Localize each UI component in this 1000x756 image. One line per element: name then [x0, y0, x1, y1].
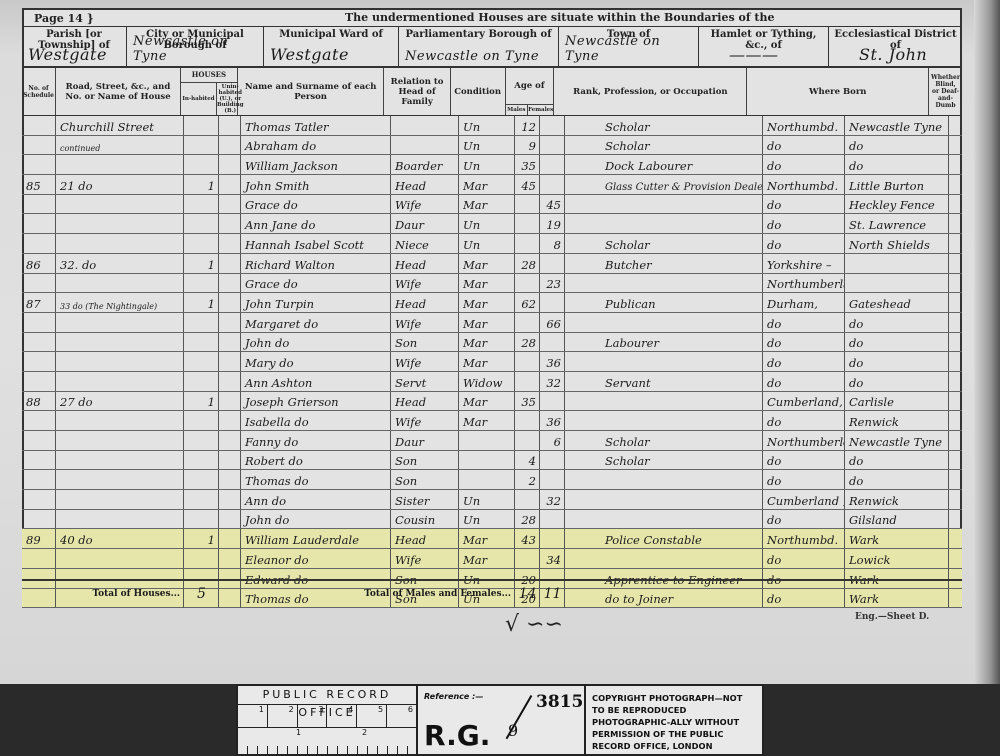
- blind-deaf: [949, 274, 962, 293]
- table-row: Fanny doDaur6ScholarNorthumberld.Newcast…: [22, 431, 962, 451]
- form-title: The undermentioned Houses are situate wi…: [345, 11, 774, 24]
- road-address: 33 do (The Nightingale): [56, 293, 184, 312]
- age-female: 45: [540, 195, 565, 214]
- age-male: 43: [515, 529, 540, 548]
- inhabited-count: [184, 313, 219, 332]
- born-place: do: [845, 470, 949, 489]
- occupation: Scholar: [565, 431, 763, 450]
- occupation: [565, 470, 763, 489]
- relation: Head: [391, 529, 459, 548]
- age-female: 66: [540, 313, 565, 332]
- schedule-number: 89: [22, 529, 56, 548]
- person-name: Isabella do: [241, 411, 391, 430]
- born-county: Durham,: [763, 293, 845, 312]
- person-name: Thomas Tatler: [241, 116, 391, 135]
- schedule-number: [22, 510, 56, 529]
- condition: Un: [459, 510, 515, 529]
- born-place: [845, 274, 949, 293]
- relation: Servt: [391, 372, 459, 391]
- occupation: [565, 313, 763, 332]
- occupation: Police Constable: [565, 529, 763, 548]
- table-row: Ann Jane doDaurUn19doSt. Lawrence: [22, 214, 962, 234]
- road-address: [56, 195, 184, 214]
- inhabited-count: [184, 214, 219, 233]
- blind-deaf: [949, 293, 962, 312]
- relation: [391, 116, 459, 135]
- road-address: [56, 372, 184, 391]
- person-name: Thomas do: [241, 470, 391, 489]
- table-row: Eleanor doWifeMar34doLowick: [22, 549, 962, 569]
- age-female: 19: [540, 214, 565, 233]
- total-persons-label: Total of Males and Females...: [241, 581, 515, 608]
- uninhabited-count: [219, 549, 241, 568]
- person-name: John Turpin: [241, 293, 391, 312]
- relation: Wife: [391, 352, 459, 371]
- hamlet-field: Hamlet or Tything, &c., of ———: [699, 27, 829, 66]
- age-male: 35: [515, 392, 540, 411]
- occupation: [565, 549, 763, 568]
- page-number: Page 14 }: [34, 12, 94, 25]
- born-county: Cumberland ,: [763, 490, 845, 509]
- born-county: Northumbd.: [763, 529, 845, 548]
- occupation: [565, 411, 763, 430]
- table-row: Grace doWifeMar23Northumberland: [22, 274, 962, 294]
- born-county: Cumberland,: [763, 392, 845, 411]
- born-place: do: [845, 451, 949, 470]
- born-place: Little Burton: [845, 175, 949, 194]
- occupation: Labourer: [565, 333, 763, 352]
- blind-deaf: [949, 431, 962, 450]
- occupation: Scholar: [565, 451, 763, 470]
- schedule-number: 88: [22, 392, 56, 411]
- condition: Mar: [459, 392, 515, 411]
- relation: Wife: [391, 411, 459, 430]
- table-row: 8632. do1Richard WaltonHeadMar28ButcherY…: [22, 254, 962, 274]
- person-name: John do: [241, 510, 391, 529]
- col-condition: Condition: [451, 68, 506, 115]
- inhabited-count: 1: [184, 254, 219, 273]
- road-address: [56, 490, 184, 509]
- person-name: John Smith: [241, 175, 391, 194]
- schedule-number: [22, 549, 56, 568]
- blind-deaf: [949, 411, 962, 430]
- road-address: [56, 313, 184, 332]
- born-place: Gilsland: [845, 510, 949, 529]
- occupation: Servant: [565, 372, 763, 391]
- col-relation: Relation to Head of Family: [384, 68, 450, 115]
- blind-deaf: [949, 451, 962, 470]
- age-female: [540, 155, 565, 174]
- inhabited-count: 1: [184, 293, 219, 312]
- uninhabited-count: [219, 116, 241, 135]
- column-headers: No. of Schedule Road, Street, &c., and N…: [22, 68, 962, 116]
- total-males: 14: [515, 581, 540, 608]
- born-place: Newcastle Tyne: [845, 431, 949, 450]
- table-row: Grace doWifeMar45doHeckley Fence: [22, 195, 962, 215]
- condition: [459, 470, 515, 489]
- age-male: 12: [515, 116, 540, 135]
- uninhabited-count: [219, 510, 241, 529]
- age-female: 34: [540, 549, 565, 568]
- condition: Mar: [459, 333, 515, 352]
- occupation: Butcher: [565, 254, 763, 273]
- uninhabited-count: [219, 490, 241, 509]
- age-male: [515, 274, 540, 293]
- age-male: 35: [515, 155, 540, 174]
- ruler-scale: 1 2: [238, 728, 416, 754]
- age-male: [515, 411, 540, 430]
- road-address: [56, 214, 184, 233]
- blind-deaf: [949, 529, 962, 548]
- reference-block: Reference :— R.G. 9 3815: [418, 686, 586, 754]
- road-address: 32. do: [56, 254, 184, 273]
- occupation: Scholar: [565, 116, 763, 135]
- born-county: Northumbd.: [763, 116, 845, 135]
- relation: Head: [391, 254, 459, 273]
- inhabited-count: 1: [184, 392, 219, 411]
- born-county: do: [763, 352, 845, 371]
- inhabited-count: [184, 333, 219, 352]
- road-address: [56, 333, 184, 352]
- table-row: William JacksonBoarderUn35Dock Labourerd…: [22, 155, 962, 175]
- road-address: 27 do: [56, 392, 184, 411]
- inhabited-count: [184, 510, 219, 529]
- table-row: 8521 do1John SmithHeadMar45Glass Cutter …: [22, 175, 962, 195]
- born-county: Northumberld.: [763, 431, 845, 450]
- blind-deaf: [949, 490, 962, 509]
- person-name: William Lauderdale: [241, 529, 391, 548]
- pro-title: PUBLIC RECORD OFFICE: [238, 686, 416, 705]
- table-row: Margaret doWifeMar66dodo: [22, 313, 962, 333]
- total-females: 11: [540, 581, 565, 608]
- inhabited-count: 1: [184, 175, 219, 194]
- person-name: William Jackson: [241, 155, 391, 174]
- blind-deaf: [949, 470, 962, 489]
- person-name: Ann do: [241, 490, 391, 509]
- person-name: Abraham do: [241, 136, 391, 155]
- inhabited-count: [184, 274, 219, 293]
- relation: Boarder: [391, 155, 459, 174]
- reference-class: R.G.: [424, 719, 490, 752]
- blind-deaf: [949, 214, 962, 233]
- age-male: 2: [515, 470, 540, 489]
- age-female: [540, 451, 565, 470]
- table-row: Ann AshtonServtWidow32Servantdodo: [22, 372, 962, 392]
- age-male: 28: [515, 254, 540, 273]
- copyright-notice: COPYRIGHT PHOTOGRAPH—NOT TO BE REPRODUCE…: [586, 686, 762, 754]
- occupation: [565, 274, 763, 293]
- col-schedule: No. of Schedule: [22, 68, 56, 115]
- condition: Mar: [459, 175, 515, 194]
- relation: Son: [391, 451, 459, 470]
- schedule-number: [22, 411, 56, 430]
- ruler-inches: 1 2 3 4 5 6: [238, 705, 416, 728]
- condition: Un: [459, 116, 515, 135]
- age-male: [515, 549, 540, 568]
- uninhabited-count: [219, 333, 241, 352]
- table-row: Ann doSisterUn32Cumberland ,Renwick: [22, 490, 962, 510]
- road-address: [56, 549, 184, 568]
- parliamentary-field: Parliamentary Borough of Newcastle on Ty…: [399, 27, 559, 66]
- age-female: 6: [540, 431, 565, 450]
- col-houses: HOUSES In-habited Unin-habited (U.), or …: [181, 68, 238, 115]
- condition: Mar: [459, 274, 515, 293]
- schedule-number: 86: [22, 254, 56, 273]
- relation: Cousin: [391, 510, 459, 529]
- born-place: do: [845, 333, 949, 352]
- condition: Mar: [459, 254, 515, 273]
- born-county: do: [763, 234, 845, 253]
- occupation: Scholar: [565, 234, 763, 253]
- blind-deaf: [949, 116, 962, 135]
- occupation: [565, 392, 763, 411]
- condition: [459, 431, 515, 450]
- relation: Wife: [391, 195, 459, 214]
- age-male: [515, 372, 540, 391]
- born-place: North Shields: [845, 234, 949, 253]
- inhabited-count: [184, 234, 219, 253]
- schedule-number: [22, 234, 56, 253]
- person-name: Richard Walton: [241, 254, 391, 273]
- condition: Mar: [459, 293, 515, 312]
- road-address: [56, 155, 184, 174]
- occupation: Glass Cutter & Provision Dealer: [565, 175, 763, 194]
- schedule-number: 87: [22, 293, 56, 312]
- age-male: 62: [515, 293, 540, 312]
- road-address: [56, 470, 184, 489]
- tally-marks: √ ∽∽: [505, 612, 563, 637]
- condition: Un: [459, 490, 515, 509]
- age-female: [540, 116, 565, 135]
- condition: [459, 451, 515, 470]
- schedule-number: [22, 352, 56, 371]
- blind-deaf: [949, 136, 962, 155]
- age-female: 8: [540, 234, 565, 253]
- table-row: 8827 do1Joseph GriersonHeadMar35Cumberla…: [22, 392, 962, 412]
- uninhabited-count: [219, 451, 241, 470]
- road-address: [56, 352, 184, 371]
- road-address: 40 do: [56, 529, 184, 548]
- condition: Mar: [459, 529, 515, 548]
- age-female: [540, 529, 565, 548]
- condition: Mar: [459, 352, 515, 371]
- uninhabited-count: [219, 155, 241, 174]
- born-place: Renwick: [845, 490, 949, 509]
- total-houses-label: Total of Houses...: [22, 581, 184, 608]
- age-female: [540, 136, 565, 155]
- age-male: 45: [515, 175, 540, 194]
- age-male: 9: [515, 136, 540, 155]
- relation: Son: [391, 470, 459, 489]
- age-female: [540, 293, 565, 312]
- born-county: do: [763, 451, 845, 470]
- page-edge-shadow: [974, 0, 1000, 684]
- table-row: Churchill StreetThomas TatlerUn12Scholar…: [22, 116, 962, 136]
- blind-deaf: [949, 333, 962, 352]
- schedule-number: [22, 155, 56, 174]
- table-row: John doSonMar28Labourerdodo: [22, 333, 962, 353]
- road-address: 21 do: [56, 175, 184, 194]
- table-row: Isabella doWifeMar36doRenwick: [22, 411, 962, 431]
- age-male: [515, 490, 540, 509]
- schedule-number: [22, 313, 56, 332]
- blind-deaf: [949, 352, 962, 371]
- inhabited-count: [184, 195, 219, 214]
- condition: Mar: [459, 411, 515, 430]
- person-name: Joseph Grierson: [241, 392, 391, 411]
- age-male: [515, 352, 540, 371]
- born-county: do: [763, 195, 845, 214]
- schedule-number: 85: [22, 175, 56, 194]
- table-row: Robert doSon4Scholardodo: [22, 451, 962, 471]
- relation: Head: [391, 175, 459, 194]
- town-field: Town of Newcastle on Tyne: [559, 27, 699, 66]
- road-address: continued: [56, 136, 184, 155]
- uninhabited-count: [219, 274, 241, 293]
- age-male: [515, 313, 540, 332]
- occupation: [565, 490, 763, 509]
- born-place: Lowick: [845, 549, 949, 568]
- borough-field: City or Municipal Borough of Newcastle o…: [127, 27, 264, 66]
- occupation: [565, 214, 763, 233]
- slash-divider: [506, 695, 532, 739]
- born-place: do: [845, 372, 949, 391]
- blind-deaf: [949, 372, 962, 391]
- condition: Widow: [459, 372, 515, 391]
- age-male: [515, 195, 540, 214]
- schedule-number: [22, 470, 56, 489]
- age-male: [515, 234, 540, 253]
- person-name: Fanny do: [241, 431, 391, 450]
- born-county: Northumbd.: [763, 175, 845, 194]
- ecclesiastical-field: Ecclesiastical District of St. John: [829, 27, 962, 66]
- uninhabited-count: [219, 529, 241, 548]
- census-sheet: Page 14 } The undermentioned Houses are …: [0, 0, 1000, 684]
- road-address: [56, 274, 184, 293]
- person-name: Hannah Isabel Scott: [241, 234, 391, 253]
- schedule-number: [22, 333, 56, 352]
- age-male: [515, 431, 540, 450]
- person-name: Ann Ashton: [241, 372, 391, 391]
- person-name: Grace do: [241, 195, 391, 214]
- age-female: [540, 392, 565, 411]
- born-county: do: [763, 510, 845, 529]
- occupation: Dock Labourer: [565, 155, 763, 174]
- born-place: Heckley Fence: [845, 195, 949, 214]
- relation: Head: [391, 293, 459, 312]
- uninhabited-count: [219, 352, 241, 371]
- condition: Un: [459, 214, 515, 233]
- uninhabited-count: [219, 293, 241, 312]
- relation: Wife: [391, 549, 459, 568]
- born-place: Gateshead: [845, 293, 949, 312]
- uninhabited-count: [219, 470, 241, 489]
- table-row: Hannah Isabel ScottNieceUn8ScholardoNort…: [22, 234, 962, 254]
- parish-field: Parish [or Township] of Westgate: [22, 27, 127, 66]
- occupation: Publican: [565, 293, 763, 312]
- schedule-number: [22, 372, 56, 391]
- schedule-number: [22, 136, 56, 155]
- born-county: Yorkshire –: [763, 254, 845, 273]
- uninhabited-count: [219, 195, 241, 214]
- table-row: John doCousinUn28doGilsland: [22, 510, 962, 530]
- condition: Mar: [459, 549, 515, 568]
- road-address: [56, 411, 184, 430]
- table-row: Thomas doSon2dodo: [22, 470, 962, 490]
- inhabited-count: [184, 155, 219, 174]
- blind-deaf: [949, 313, 962, 332]
- born-place: do: [845, 155, 949, 174]
- born-place: Carlisle: [845, 392, 949, 411]
- inhabited-count: [184, 549, 219, 568]
- blind-deaf: [949, 510, 962, 529]
- blind-deaf: [949, 195, 962, 214]
- person-name: John do: [241, 333, 391, 352]
- table-row: Mary doWifeMar36dodo: [22, 352, 962, 372]
- person-name: Margaret do: [241, 313, 391, 332]
- born-county: do: [763, 549, 845, 568]
- inhabited-count: [184, 116, 219, 135]
- person-name: Eleanor do: [241, 549, 391, 568]
- inhabited-count: [184, 431, 219, 450]
- born-county: do: [763, 214, 845, 233]
- col-occupation: Rank, Profession, or Occupation: [554, 68, 747, 115]
- age-female: 32: [540, 490, 565, 509]
- table-row: continuedAbraham doUn9Scholardodo: [22, 136, 962, 156]
- col-age: Age of Males Females: [506, 68, 555, 115]
- relation: Wife: [391, 274, 459, 293]
- col-name: Name and Surname of each Person: [238, 68, 384, 115]
- road-address: Churchill Street: [56, 116, 184, 135]
- age-female: 36: [540, 352, 565, 371]
- sheet-id: Eng.—Sheet D.: [855, 612, 929, 622]
- age-female: [540, 175, 565, 194]
- blind-deaf: [949, 549, 962, 568]
- condition: Un: [459, 234, 515, 253]
- born-county: do: [763, 333, 845, 352]
- inhabited-count: [184, 411, 219, 430]
- born-place: do: [845, 313, 949, 332]
- relation: Daur: [391, 214, 459, 233]
- age-male: [515, 214, 540, 233]
- age-male: 4: [515, 451, 540, 470]
- blind-deaf: [949, 234, 962, 253]
- age-female: [540, 470, 565, 489]
- age-male: 28: [515, 510, 540, 529]
- road-address: [56, 431, 184, 450]
- condition: Un: [459, 155, 515, 174]
- born-place: Renwick: [845, 411, 949, 430]
- occupation: [565, 352, 763, 371]
- blind-deaf: [949, 254, 962, 273]
- age-female: 32: [540, 372, 565, 391]
- uninhabited-count: [219, 175, 241, 194]
- total-houses-value: 5: [184, 581, 219, 608]
- col-where-born: Where Born: [747, 68, 929, 115]
- inhabited-count: 1: [184, 529, 219, 548]
- relation: [391, 136, 459, 155]
- occupation: [565, 510, 763, 529]
- born-county: do: [763, 155, 845, 174]
- blind-deaf: [949, 155, 962, 174]
- condition: Mar: [459, 313, 515, 332]
- blind-deaf: [949, 392, 962, 411]
- age-female: 36: [540, 411, 565, 430]
- schedule-number: [22, 451, 56, 470]
- road-address: [56, 451, 184, 470]
- district-header: Parish [or Township] of Westgate City or…: [22, 26, 962, 68]
- col-blind: Whether Blind, or Deaf-and-Dumb: [929, 68, 962, 115]
